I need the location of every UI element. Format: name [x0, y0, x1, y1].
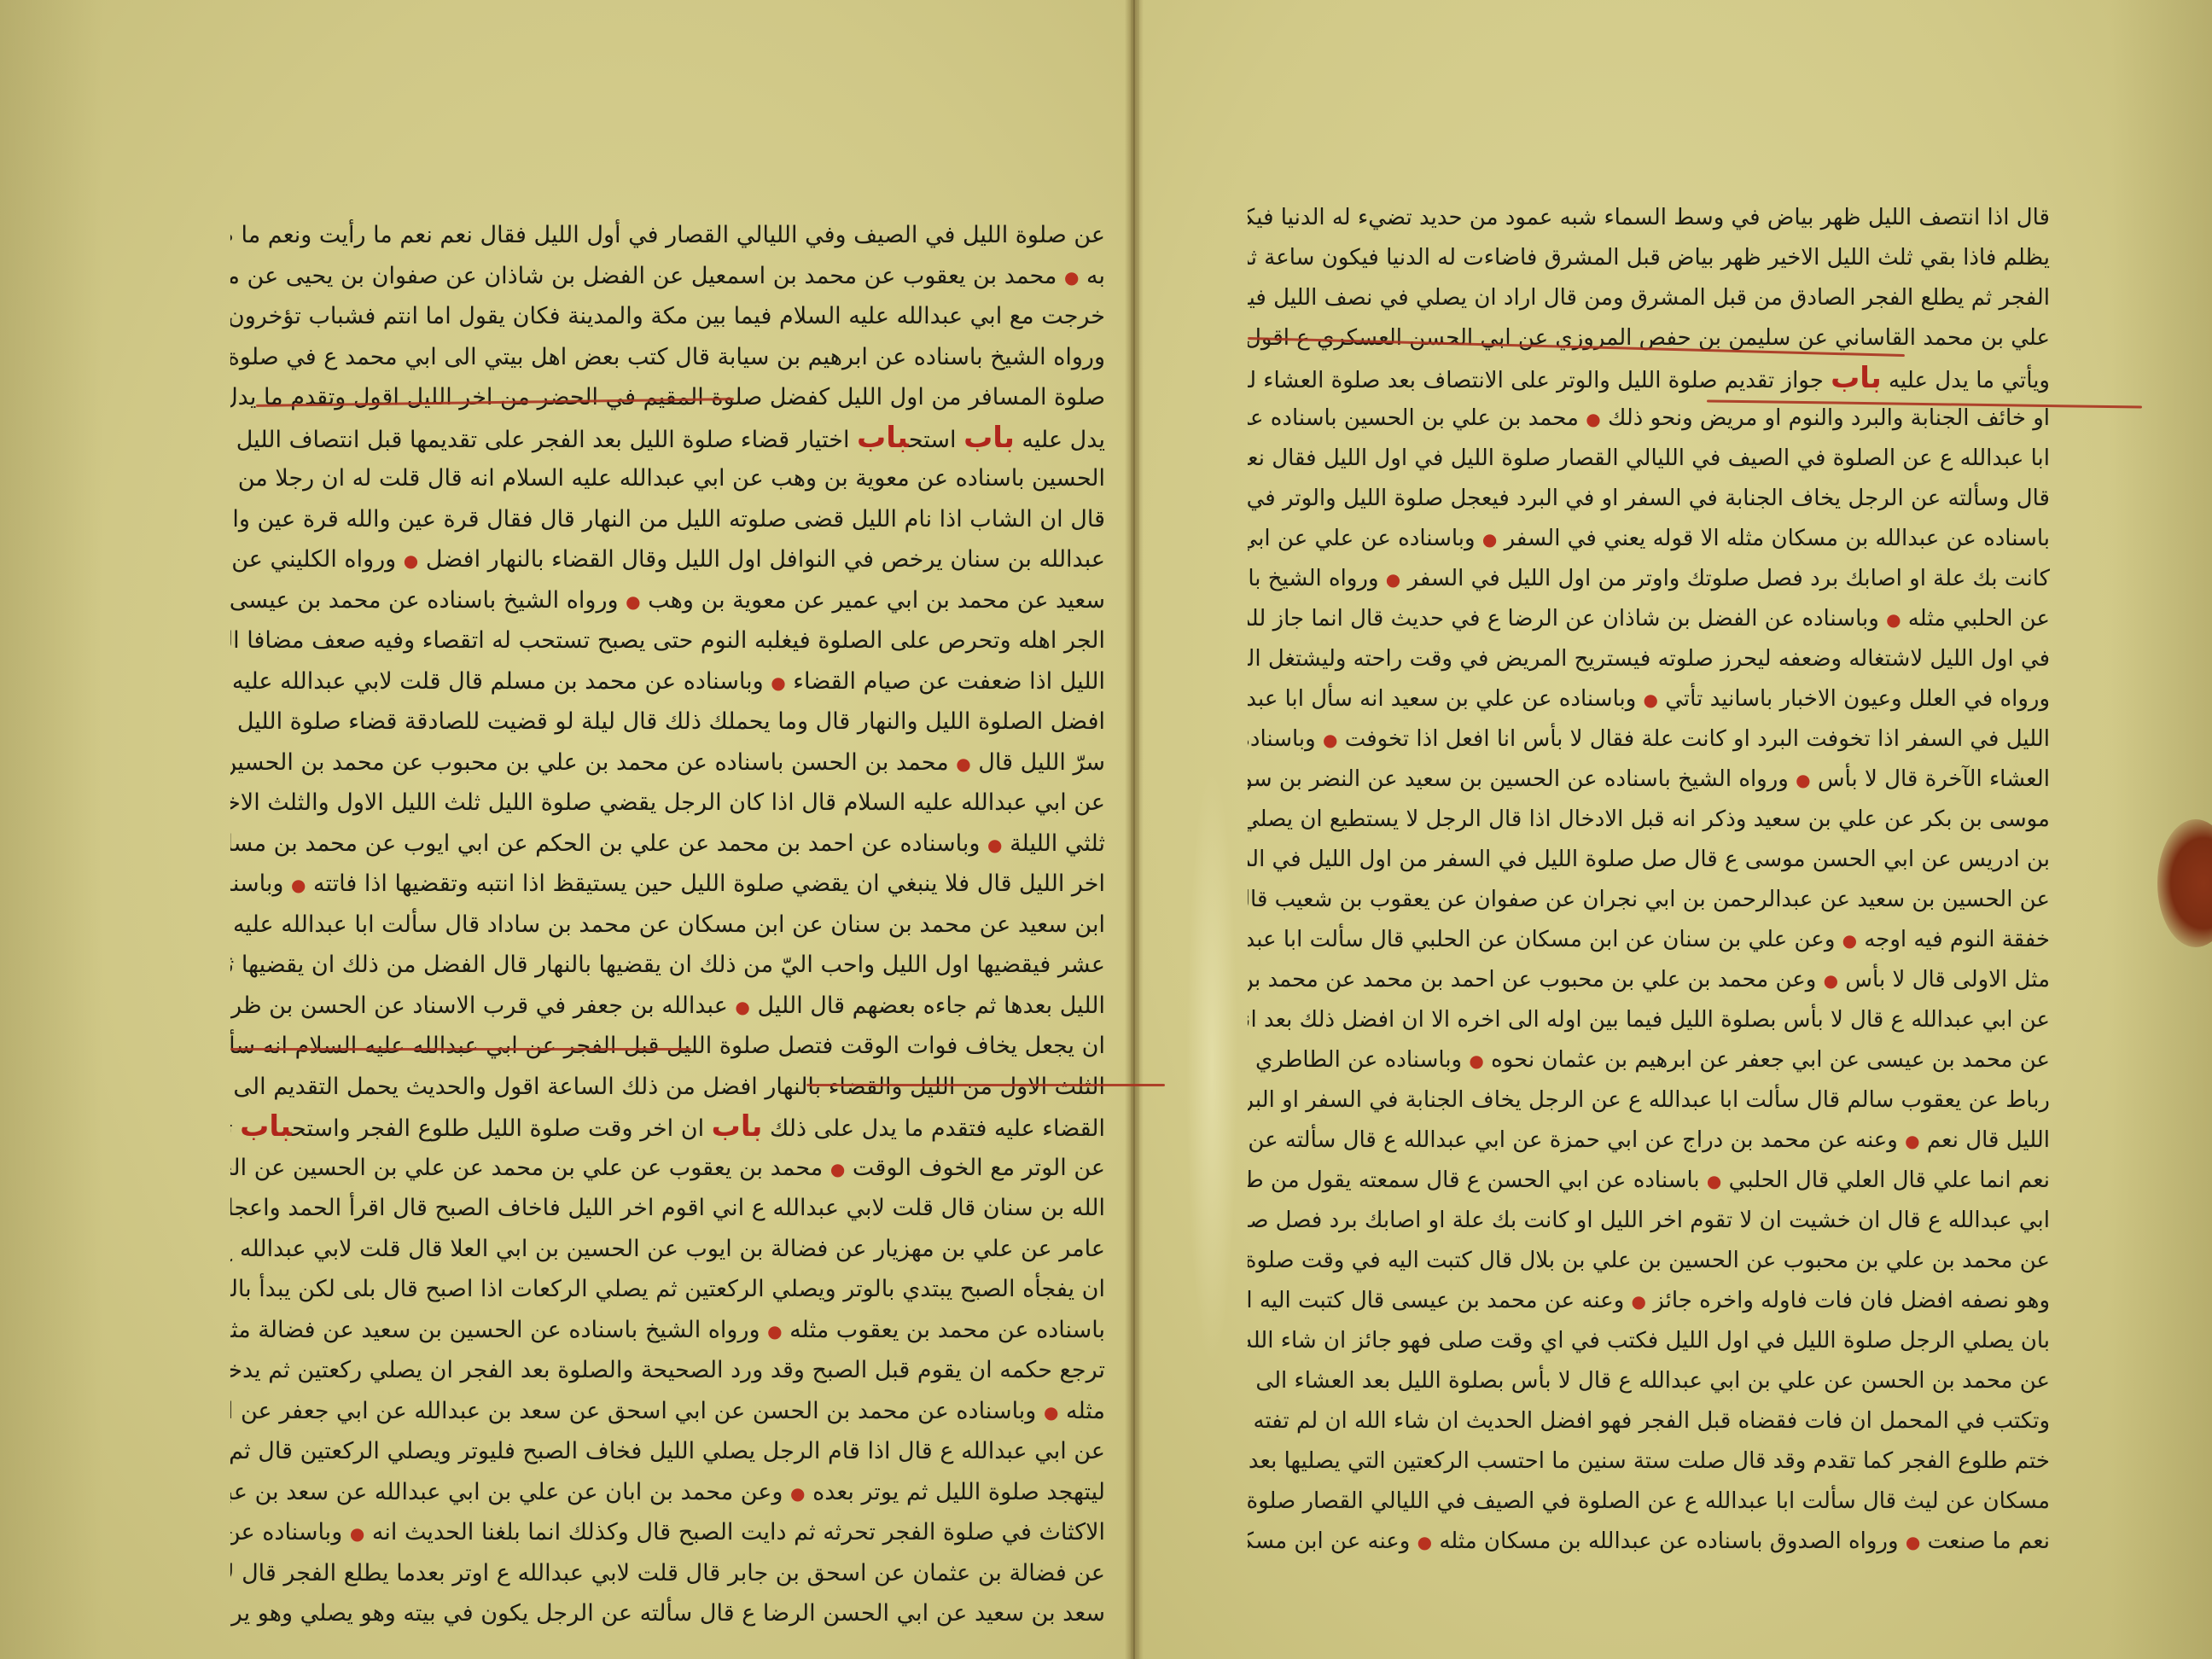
- manuscript-line: ثلثي الليلة ● وباسناده عن احمد بن محمد ع…: [230, 824, 1105, 864]
- section-marker-icon: ●: [1632, 1291, 1646, 1312]
- manuscript-line: ورواه في العلل وعيون الاخبار باسانيد تأت…: [1248, 679, 2050, 719]
- manuscript-line: افضل الصلوة الليل والنهار قال وما يحملك …: [230, 701, 1105, 742]
- manuscript-line: الاكثاث في صلوة الفجر تحرثه ثم دايت الصب…: [230, 1512, 1105, 1553]
- manuscript-line: الليل في السفر اذا تخوفت البرد او كانت ع…: [1248, 719, 2050, 760]
- manuscript-line: ابا عبدالله ع عن الصلوة في الصيف في اللي…: [1248, 439, 2050, 479]
- manuscript-line: عبدالله بن سنان يرخص في النوافل اول اللي…: [230, 539, 1105, 580]
- rubric-underline: [806, 1084, 1165, 1086]
- manuscript-line: بن ادريس عن ابي الحسن موسى ع قال صل صلوة…: [1248, 840, 2050, 880]
- left-edge-shadow: [0, 0, 102, 1659]
- manuscript-line: عن ابي عبدالله ع قال اذا قام الرجل يصلي …: [230, 1431, 1105, 1472]
- section-marker-icon: ●: [1906, 1532, 1920, 1552]
- manuscript-line: الثلث الاول من الليل والقضاء بالنهار افض…: [230, 1067, 1105, 1108]
- rubric-underline: [230, 1048, 691, 1051]
- section-marker-icon: ●: [291, 875, 306, 895]
- manuscript-line: مثل الاولى قال لا بأس ● وعن محمد بن علي …: [1248, 960, 2050, 1000]
- manuscript-line: عشر فيقضيها اول الليل واحب اليّ من ذلك ا…: [230, 945, 1105, 986]
- manuscript-line: الجر اهله وتحرص على الصلوة فيغلبه النوم …: [230, 620, 1105, 661]
- manuscript-line: عن محمد بن الحسن عن علي بن ابي عبدالله ع…: [1248, 1361, 2050, 1401]
- manuscript-line: ورواه الشيخ باسناده عن ابرهيم بن سيابة ق…: [230, 337, 1105, 378]
- section-marker-icon: ●: [1386, 569, 1400, 590]
- section-marker-icon: ●: [1417, 1532, 1432, 1552]
- section-marker-icon: ●: [1644, 690, 1658, 710]
- manuscript-line: ختم طلوع الفجر كما تقدم وقد قال صلت ستة …: [1248, 1441, 2050, 1481]
- section-marker-icon: ●: [771, 672, 785, 693]
- manuscript-line: مثله ● وباسناده عن محمد بن الحسن عن ابي …: [230, 1391, 1105, 1432]
- manuscript-line: وهو نصفه افضل فان فات فاوله واخره جائز ●…: [1248, 1281, 2050, 1321]
- manuscript-line: صلوة المسافر من اول الليل كفضل صلوة المق…: [230, 377, 1105, 418]
- section-marker-icon: ●: [735, 997, 749, 1017]
- section-marker-icon: ●: [790, 1483, 805, 1504]
- manuscript-line: عن ابي عبدالله ع قال لا بأس بصلوة الليل …: [1248, 1000, 2050, 1040]
- manuscript-line: سعد بن سعيد عن ابي الحسن الرضا ع قال سأل…: [230, 1593, 1105, 1634]
- manuscript-line: عن الحلبي مثله ● وباسناده عن الفضل بن شا…: [1248, 599, 2050, 639]
- manuscript-line: يدل عليه باب استحباب اختيار قضاء صلوة ال…: [230, 418, 1105, 459]
- manuscript-line: باسناده عن محمد بن يعقوب مثله ● ورواه ال…: [230, 1310, 1105, 1351]
- manuscript-line: خرجت مع ابي عبدالله عليه السلام فيما بين…: [230, 296, 1105, 337]
- manuscript-line: ليتهجد صلوة الليل ثم يوتر بعده ● وعن محم…: [230, 1472, 1105, 1513]
- section-marker-icon: ●: [1886, 609, 1901, 630]
- manuscript-line: قال ان الشاب اذا نام الليل قضى صلوته الل…: [230, 499, 1105, 540]
- section-marker-icon: ●: [404, 550, 418, 571]
- manuscript-line: الليل اذا ضعفت عن صيام القضاء ● وباسناده…: [230, 661, 1105, 702]
- manuscript-line: نعم انما علي قال العلي قال الحلبي ● باسن…: [1248, 1161, 2050, 1201]
- manuscript-spread: عن صلوة الليل في الصيف وفي الليالي القصا…: [0, 0, 2212, 1659]
- manuscript-line: عن محمد بن علي بن محبوب عن الحسين بن علي…: [1248, 1241, 2050, 1281]
- manuscript-line: رباط عن يعقوب سالم قال سألت ابا عبدالله …: [1248, 1080, 2050, 1121]
- section-marker-icon: ●: [1905, 1131, 1919, 1151]
- chapter-rubric: باب: [857, 421, 909, 455]
- section-marker-icon: ●: [1469, 1051, 1483, 1071]
- manuscript-line: القضاء عليه فتقدم ما يدل على ذلك باب ان …: [230, 1107, 1105, 1148]
- binding-gutter: [1125, 0, 1144, 1659]
- manuscript-line: الحسين باسناده عن معوية بن وهب عن ابي عب…: [230, 458, 1105, 499]
- section-marker-icon: ●: [1586, 409, 1600, 429]
- manuscript-line: الليل بعدها ثم جاءه بعضهم قال الليل ● عب…: [230, 986, 1105, 1027]
- manuscript-line: باسناده عن عبدالله بن مسكان مثله الا قول…: [1248, 519, 2050, 559]
- manuscript-line: عن ابي عبدالله عليه السلام قال اذا كان ا…: [230, 783, 1105, 824]
- manuscript-line: به ● محمد بن يعقوب عن محمد بن اسمعيل عن …: [230, 256, 1105, 297]
- manuscript-line: نعم ما صنعت ● ورواه الصدوق باسناده عن عب…: [1248, 1522, 2050, 1562]
- manuscript-line: الله بن سنان قال قلت لابي عبدالله ع اني …: [230, 1188, 1105, 1229]
- left-page-text: عن صلوة الليل في الصيف وفي الليالي القصا…: [230, 215, 1105, 1634]
- section-marker-icon: ●: [1796, 770, 1810, 790]
- manuscript-line: كانت بك علة او اصابك برد فصل صلوتك واوتر…: [1248, 559, 2050, 599]
- manuscript-line: سرّ الليل قال ● محمد بن الحسن باسناده عن…: [230, 742, 1105, 783]
- section-marker-icon: ●: [956, 754, 970, 774]
- manuscript-line: علي بن محمد القاساني عن سليمن بن حفص الم…: [1248, 318, 2050, 358]
- manuscript-line: ابن سعيد عن محمد بن سنان عن ابن مسكان عن…: [230, 905, 1105, 946]
- manuscript-line: ان يفجأه الصبح يبتدي بالوتر ويصلي الركعت…: [230, 1269, 1105, 1310]
- manuscript-line: سعيد عن محمد بن ابي عمير عن معوية بن وهب…: [230, 580, 1105, 621]
- section-marker-icon: ●: [626, 591, 640, 612]
- light-glare: [1186, 768, 1237, 1365]
- manuscript-line: في اول الليل لاشتغاله وضعفه ليحرز صلوته …: [1248, 639, 2050, 679]
- section-marker-icon: ●: [1323, 730, 1337, 750]
- section-marker-icon: ●: [767, 1321, 782, 1342]
- manuscript-line: عن الحسين بن سعيد عن عبدالرحمن بن ابي نج…: [1248, 880, 2050, 920]
- manuscript-line: اخر الليل قال فلا ينبغي ان يقضي صلوة الل…: [230, 864, 1105, 905]
- manuscript-line: عن صلوة الليل في الصيف وفي الليالي القصا…: [230, 215, 1105, 256]
- manuscript-line: ابي عبدالله ع قال ان خشيت ان لا تقوم اخر…: [1248, 1201, 2050, 1241]
- manuscript-line: عن الوتر مع الخوف الوقت ● محمد بن يعقوب …: [230, 1148, 1105, 1189]
- section-marker-icon: ●: [1064, 267, 1079, 288]
- section-marker-icon: ●: [1044, 1402, 1058, 1423]
- section-marker-icon: ●: [1842, 930, 1857, 951]
- manuscript-line: ويأتي ما يدل عليه باب جواز تقديم صلوة ال…: [1248, 358, 2050, 399]
- manuscript-line: ترجع حكمه ان يقوم قبل الصبح وقد ورد الصح…: [230, 1350, 1105, 1391]
- chapter-rubric: باب: [240, 1109, 292, 1144]
- manuscript-line: خفقة النوم فيه اوجه ● وعن علي بن سنان عن…: [1248, 920, 2050, 960]
- manuscript-line: عامر عن علي بن مهزيار عن فضالة بن ايوب ع…: [230, 1229, 1105, 1270]
- manuscript-line: العشاء الآخرة قال لا بأس ● ورواه الشيخ ب…: [1248, 760, 2050, 800]
- manuscript-line: الليل قال نعم ● وعنه عن محمد بن دراج عن …: [1248, 1121, 2050, 1161]
- manuscript-line: وتكتب في المحمل ان فات فقضاه قبل الفجر ف…: [1248, 1401, 2050, 1441]
- manuscript-line: موسى بن بكر عن علي بن سعيد وذكر انه قبل …: [1248, 800, 2050, 840]
- section-marker-icon: ●: [1824, 970, 1838, 991]
- manuscript-line: قال اذا انتصف الليل ظهر بياض في وسط السم…: [1248, 198, 2050, 238]
- chapter-rubric: باب: [712, 1109, 763, 1144]
- manuscript-line: مسكان عن ليث قال سألت ابا عبدالله ع عن ا…: [1248, 1481, 2050, 1522]
- manuscript-line: عن محمد بن عيسى عن ابي جعفر عن ابرهيم بن…: [1248, 1040, 2050, 1080]
- manuscript-line: الفجر ثم يطلع الفجر الصادق من قبل المشرق…: [1248, 278, 2050, 318]
- chapter-rubric: باب: [963, 421, 1015, 455]
- section-marker-icon: ●: [1482, 529, 1497, 550]
- manuscript-line: ان يجعل يخاف فوات الوقت فتصل صلوة الليل …: [230, 1026, 1105, 1067]
- section-marker-icon: ●: [1707, 1171, 1721, 1191]
- chapter-rubric: باب: [1831, 361, 1882, 395]
- section-marker-icon: ●: [987, 835, 1002, 855]
- section-marker-icon: ●: [830, 1159, 845, 1179]
- manuscript-line: قال وسألته عن الرجل يخاف الجنابة في السف…: [1248, 479, 2050, 519]
- manuscript-line: بان يصلي الرجل صلوة الليل في اول الليل ف…: [1248, 1321, 2050, 1361]
- manuscript-line: يظلم فاذا بقي ثلث الليل الاخير ظهر بياض …: [1248, 238, 2050, 278]
- manuscript-line: عن فضالة بن عثمان عن اسحق بن جابر قال قل…: [230, 1553, 1105, 1594]
- section-marker-icon: ●: [350, 1523, 364, 1544]
